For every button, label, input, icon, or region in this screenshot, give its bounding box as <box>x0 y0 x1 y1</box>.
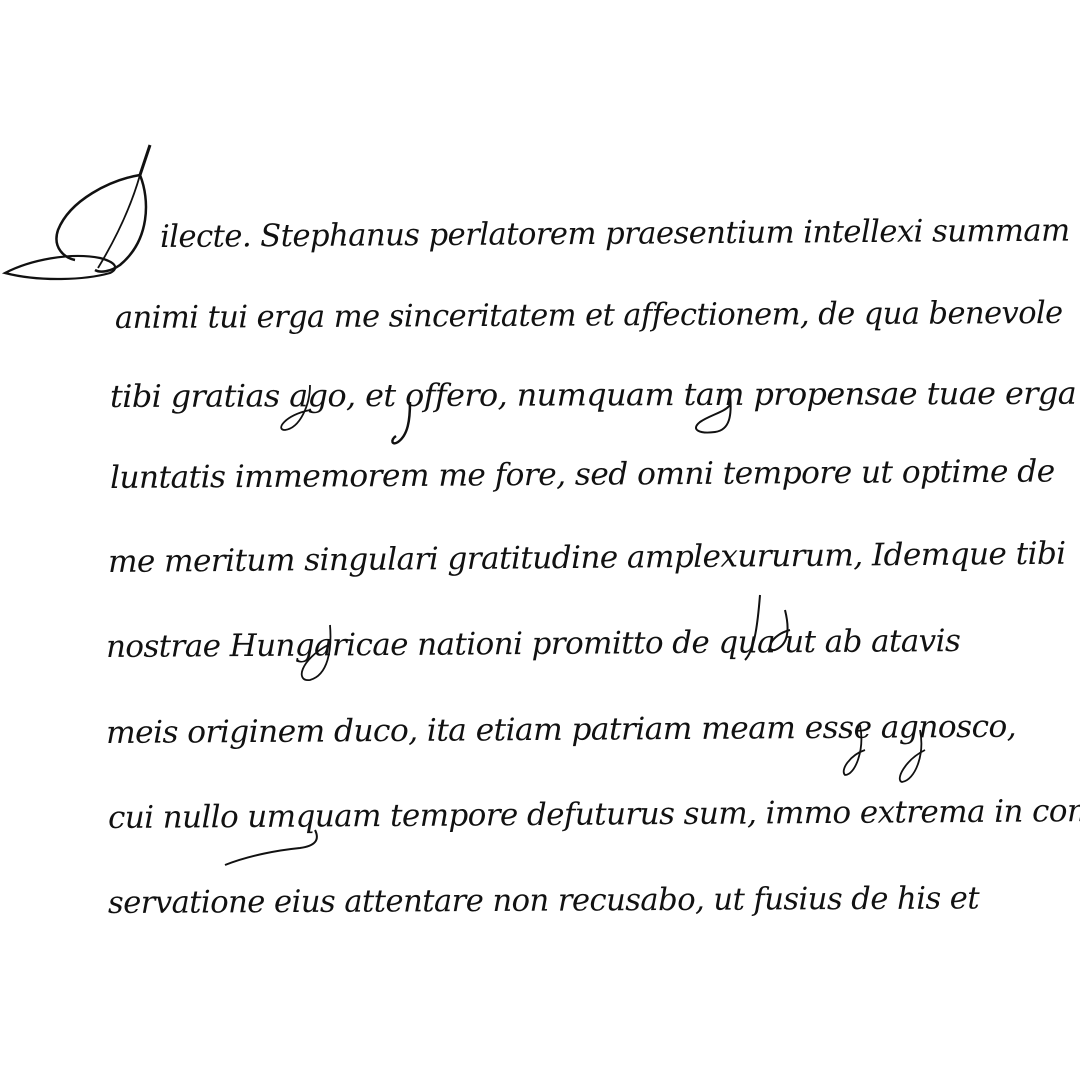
manuscript-line-5: me meritum singulari gratitudine amplexu… <box>108 539 1066 578</box>
manuscript-page: ilecte. Stephanus perlatorem praesentium… <box>0 0 1080 1080</box>
manuscript-line-7: meis originem duco, ita etiam patriam me… <box>106 712 1016 749</box>
manuscript-line-2: animi tui erga me sinceritatem et affect… <box>115 298 1063 334</box>
manuscript-line-8: cui nullo umquam tempore defuturus sum, … <box>108 796 1080 834</box>
decorated-initial-d <box>0 140 160 290</box>
manuscript-line-3: tibi gratias ago, et offero, numquam tam… <box>110 378 1080 413</box>
manuscript-line-6: nostrae Hungaricae nationi promitto de q… <box>106 626 960 663</box>
initial-d-flourish-icon <box>0 140 160 290</box>
manuscript-line-9: servatione eius attentare non recusabo, … <box>108 883 979 919</box>
manuscript-line-1: ilecte. Stephanus perlatorem praesentium… <box>160 216 1070 253</box>
manuscript-line-4: luntatis immemorem me fore, sed omni tem… <box>110 456 1055 494</box>
